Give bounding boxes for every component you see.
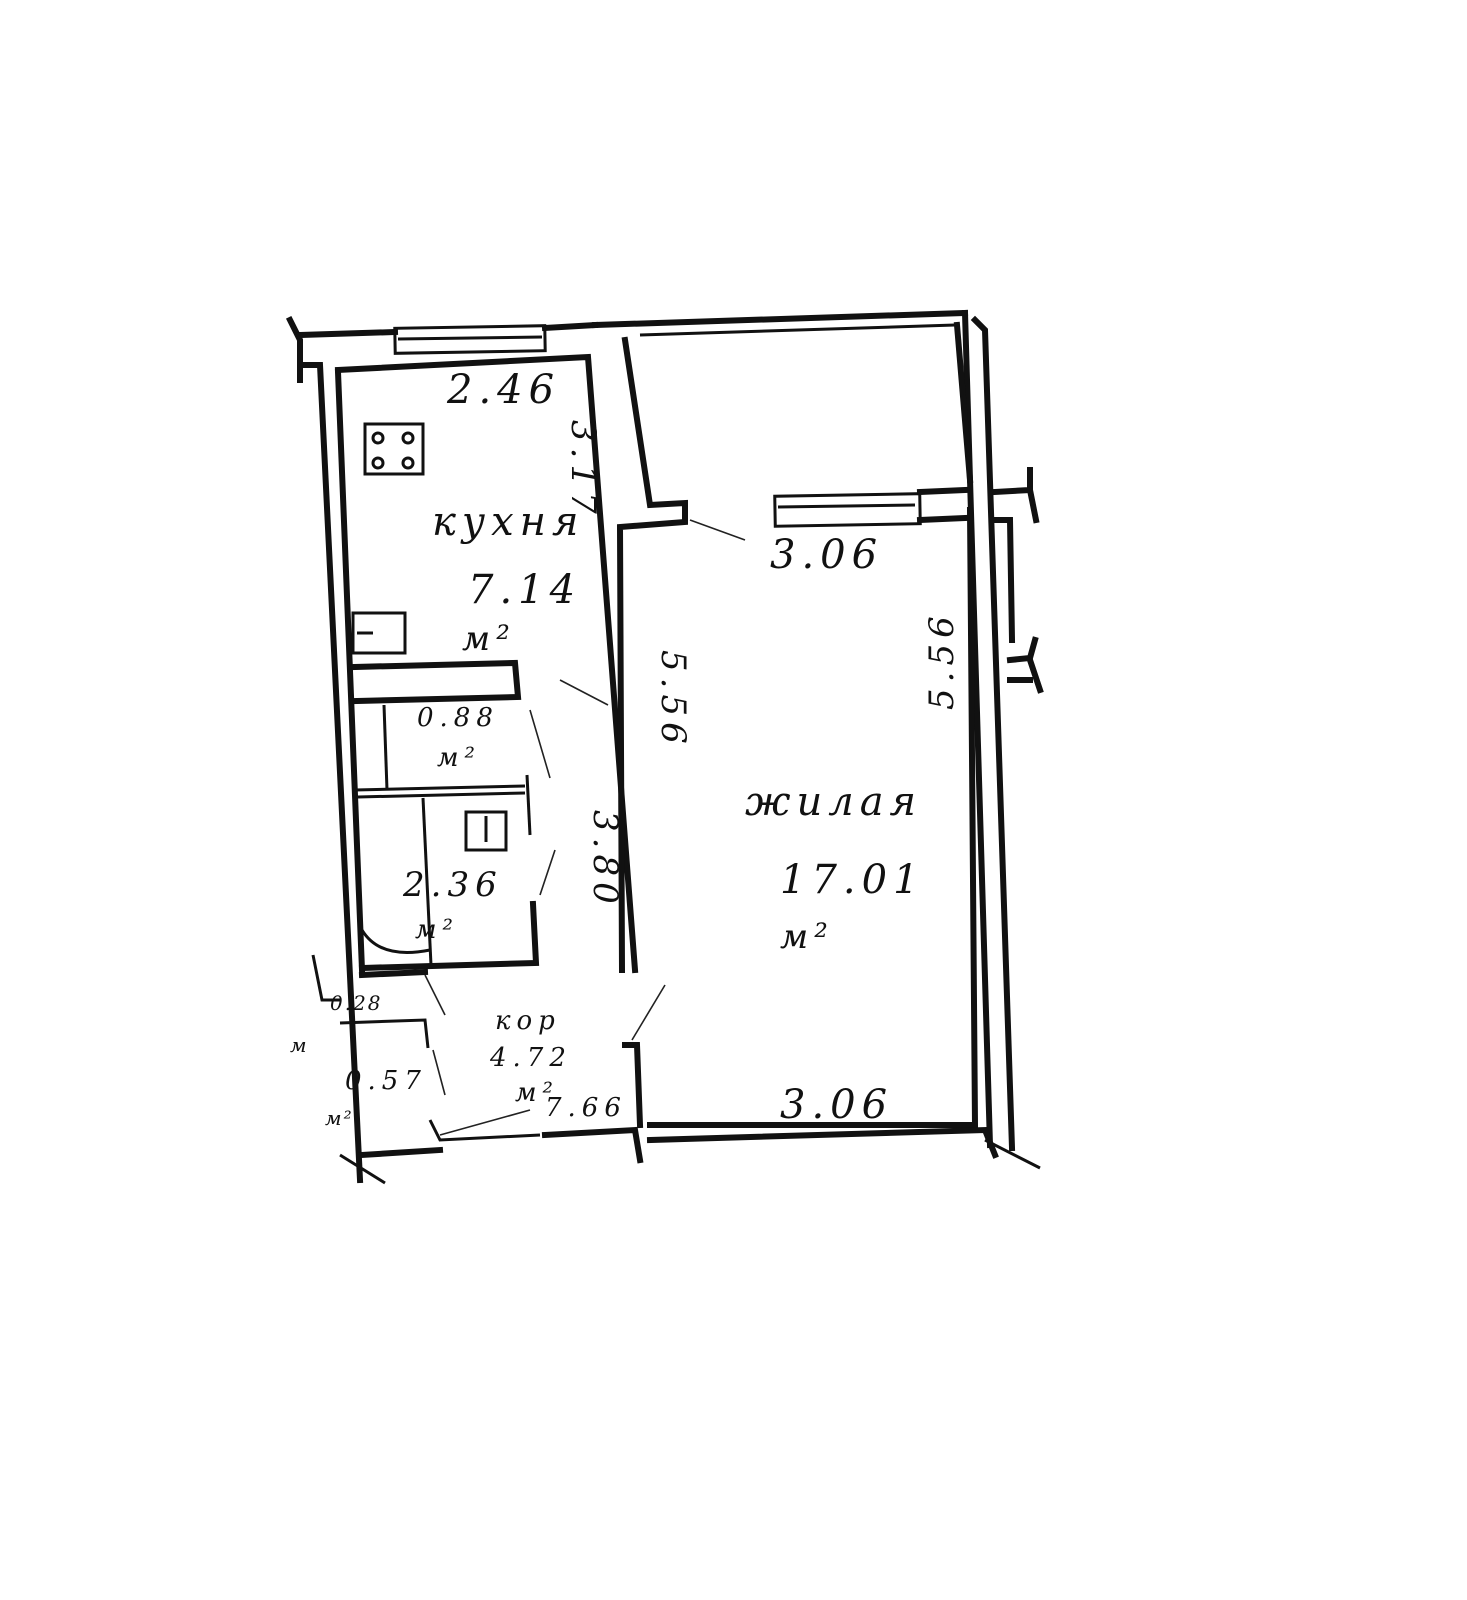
living-left-length-label: 5.56 (656, 650, 690, 750)
living-top-width-label: 3.06 (770, 535, 883, 575)
closet2-unit-label: м² (325, 1108, 354, 1128)
corridor-area-label: 4.72 (490, 1045, 572, 1071)
closet1-unit-label: м (290, 1035, 309, 1055)
kitchen-unit-label: м² (462, 622, 516, 656)
wc-area-label: 0.88 (417, 705, 499, 731)
floor-plan (0, 0, 1467, 1600)
living-walls (545, 313, 1040, 1168)
bathroom-unit-label: м² (415, 917, 459, 943)
stove-icon (365, 424, 423, 474)
closet1-area-label: 0.28 (330, 993, 383, 1013)
corridor-length-label: 3.80 (588, 810, 622, 910)
wc-unit-label: м² (437, 745, 481, 771)
closet2-area-label: 0.57 (345, 1068, 427, 1094)
living-unit-label: м² (780, 920, 834, 954)
kitchen-area-label: 7.14 (468, 570, 581, 610)
living-name-label: жилая (745, 782, 922, 822)
living-area-label: 17.01 (780, 860, 925, 900)
bathroom-area-label: 2.36 (403, 868, 503, 902)
living-bottom-width-label: 3.06 (780, 1085, 893, 1125)
living-right-length-label: 5.56 (925, 610, 959, 710)
kitchen-width-label: 2.46 (447, 370, 560, 410)
corridor-name-label: кор (495, 1008, 561, 1034)
corridor-extra-label: 7.66 (545, 1095, 627, 1121)
kitchen-name-label: кухня (432, 502, 584, 542)
sink-icon (353, 613, 405, 653)
